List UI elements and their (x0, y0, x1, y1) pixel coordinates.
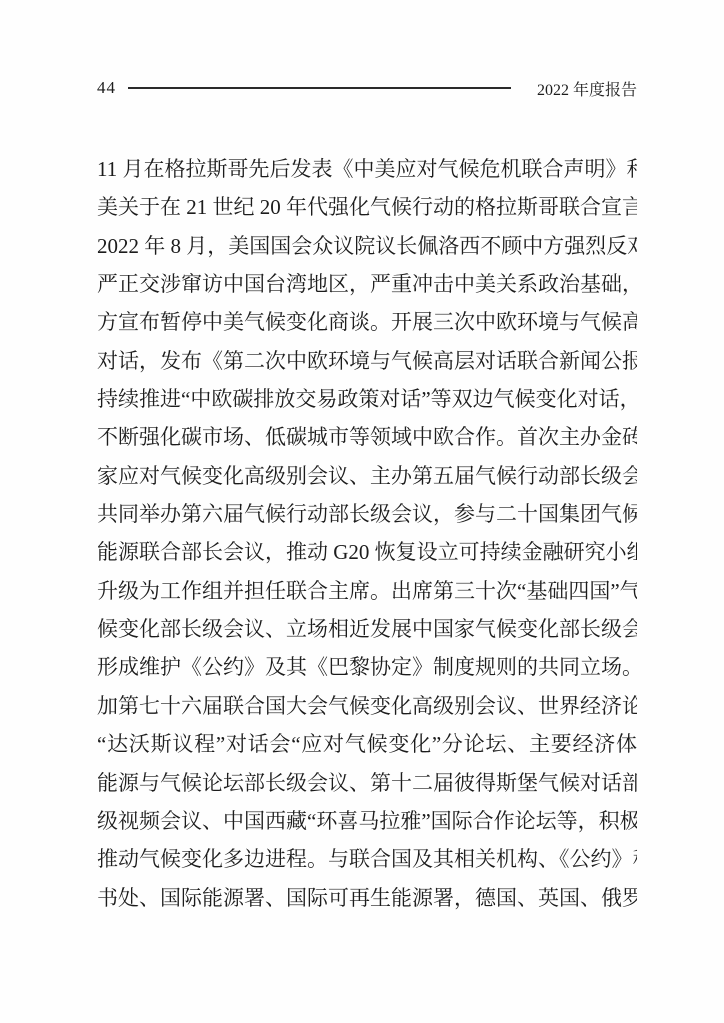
text-line: 能源联合部长会议，推动 G20 恢复设立可持续金融研究小组并 (97, 533, 637, 571)
page-number: 44 (97, 78, 116, 98)
page-header: 44 2022 年度报告 (97, 76, 637, 100)
text-line: 候变化部长级会议、立场相近发展中国家气候变化部长级会议， (97, 610, 637, 648)
text-line: 级视频会议、中国西藏“环喜马拉雅”国际合作论坛等，积极 (97, 802, 637, 840)
text-line: 能源与气候论坛部长级会议、第十二届彼得斯堡气候对话部长 (97, 764, 637, 802)
text-line: 升级为工作组并担任联合主席。出席第三十次“基础四国”气 (97, 572, 637, 610)
report-title: 2022 年度报告 (537, 77, 637, 100)
header-rule (128, 87, 511, 89)
text-line: 方宣布暂停中美气候变化商谈。开展三次中欧环境与气候高层 (97, 303, 637, 341)
text-line: 书处、国际能源署、国际可再生能源署，德国、英国、俄罗斯、 (97, 879, 637, 917)
text-line: 家应对气候变化高级别会议、主办第五届气候行动部长级会议， (97, 457, 637, 495)
text-line: “达沃斯议程”对话会“应对气候变化”分论坛、主要经济体 (97, 725, 637, 763)
text-line: 加第七十六届联合国大会气候变化高级别会议、世界经济论坛 (97, 687, 637, 725)
text-line: 对话，发布《第二次中欧环境与气候高层对话联合新闻公报》。 (97, 342, 637, 380)
document-page: 44 2022 年度报告 11 月在格拉斯哥先后发表《中美应对气候危机联合声明》… (0, 0, 724, 1023)
text-line: 不断强化碳市场、低碳城市等领域中欧合作。首次主办金砖国 (97, 418, 637, 456)
text-line: 美关于在 21 世纪 20 年代强化气候行动的格拉斯哥联合宣言》。 (97, 188, 637, 226)
body-text: 11 月在格拉斯哥先后发表《中美应对气候危机联合声明》和《中 美关于在 21 世… (97, 150, 637, 917)
text-line: 推动气候变化多边进程。与联合国及其相关机构、《公约》秘 (97, 840, 637, 878)
text-line: 2022 年 8 月，美国国会众议院议长佩洛西不顾中方强烈反对和 (97, 227, 637, 265)
text-line: 严正交涉窜访中国台湾地区，严重冲击中美关系政治基础，中 (97, 265, 637, 303)
text-line: 共同举办第六届气候行动部长级会议，参与二十国集团气候和 (97, 495, 637, 533)
text-line: 持续推进“中欧碳排放交易政策对话”等双边气候变化对话， (97, 380, 637, 418)
text-line: 11 月在格拉斯哥先后发表《中美应对气候危机联合声明》和《中 (97, 150, 637, 188)
text-line: 形成维护《公约》及其《巴黎协定》制度规则的共同立场。参 (97, 648, 637, 686)
